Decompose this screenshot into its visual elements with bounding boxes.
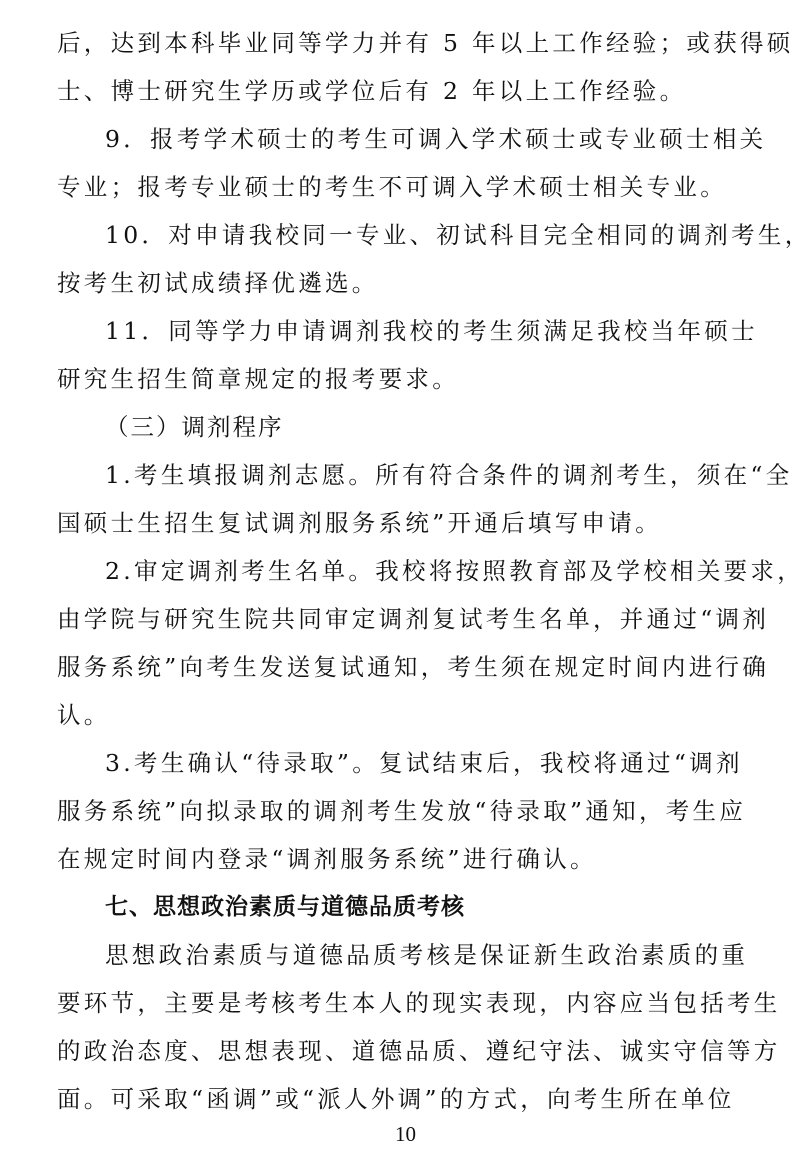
- text-line: 的政治态度、思想表现、道德品质、遵纪守法、诚实守信等方: [57, 1035, 733, 1067]
- section-heading-adjustment-procedure: （三）调剂程序: [105, 411, 284, 443]
- page-number: 10: [0, 1122, 811, 1147]
- text-line: 后，达到本科毕业同等学力并有 5 年以上工作经验；或获得硕: [57, 27, 733, 59]
- paragraph-item-9: 9．报考学术硕士的考生可调入学术硕士或专业硕士相关: [105, 123, 733, 155]
- paragraph-item-11: 11．同等学力申请调剂我校的考生须满足我校当年硕士: [105, 315, 733, 347]
- text-line: 在规定时间内登录“调剂服务系统”进行确认。: [57, 843, 733, 875]
- paragraph-step-2: 2.审定调剂考生名单。我校将按照教育部及学校相关要求，: [105, 555, 733, 587]
- text-line: 国硕士生招生复试调剂服务系统”开通后填写申请。: [57, 507, 733, 539]
- paragraph-step-3: 3.考生确认“待录取”。复试结束后，我校将通过“调剂: [105, 747, 733, 779]
- text-line: 士、博士研究生学历或学位后有 2 年以上工作经验。: [57, 75, 733, 107]
- text-line: 按考生初试成绩择优遴选。: [57, 267, 733, 299]
- text-line: 认。: [57, 699, 733, 731]
- text-line: 由学院与研究生院共同审定调剂复试考生名单，并通过“调剂: [57, 603, 733, 635]
- text-line: 专业；报考专业硕士的考生不可调入学术硕士相关专业。: [57, 171, 733, 203]
- text-line: 服务系统”向考生发送复试通知，考生须在规定时间内进行确: [57, 651, 733, 683]
- text-line: 服务系统”向拟录取的调剂考生发放“待录取”通知，考生应: [57, 795, 733, 827]
- text-line: 面。可采取“函调”或“派人外调”的方式，向考生所在单位: [57, 1083, 733, 1115]
- paragraph-item-10: 10．对申请我校同一专业、初试科目完全相同的调剂考生，: [105, 219, 733, 251]
- paragraph-step-1: 1.考生填报调剂志愿。所有符合条件的调剂考生，须在“全: [105, 459, 733, 491]
- paragraph-assessment: 思想政治素质与道德品质考核是保证新生政治素质的重: [105, 939, 733, 971]
- section-heading-ideological-moral-assessment: 七、思想政治素质与道德品质考核: [105, 891, 465, 923]
- text-line: 要环节，主要是考核考生本人的现实表现，内容应当包括考生: [57, 987, 733, 1019]
- text-line: 研究生招生简章规定的报考要求。: [57, 363, 733, 395]
